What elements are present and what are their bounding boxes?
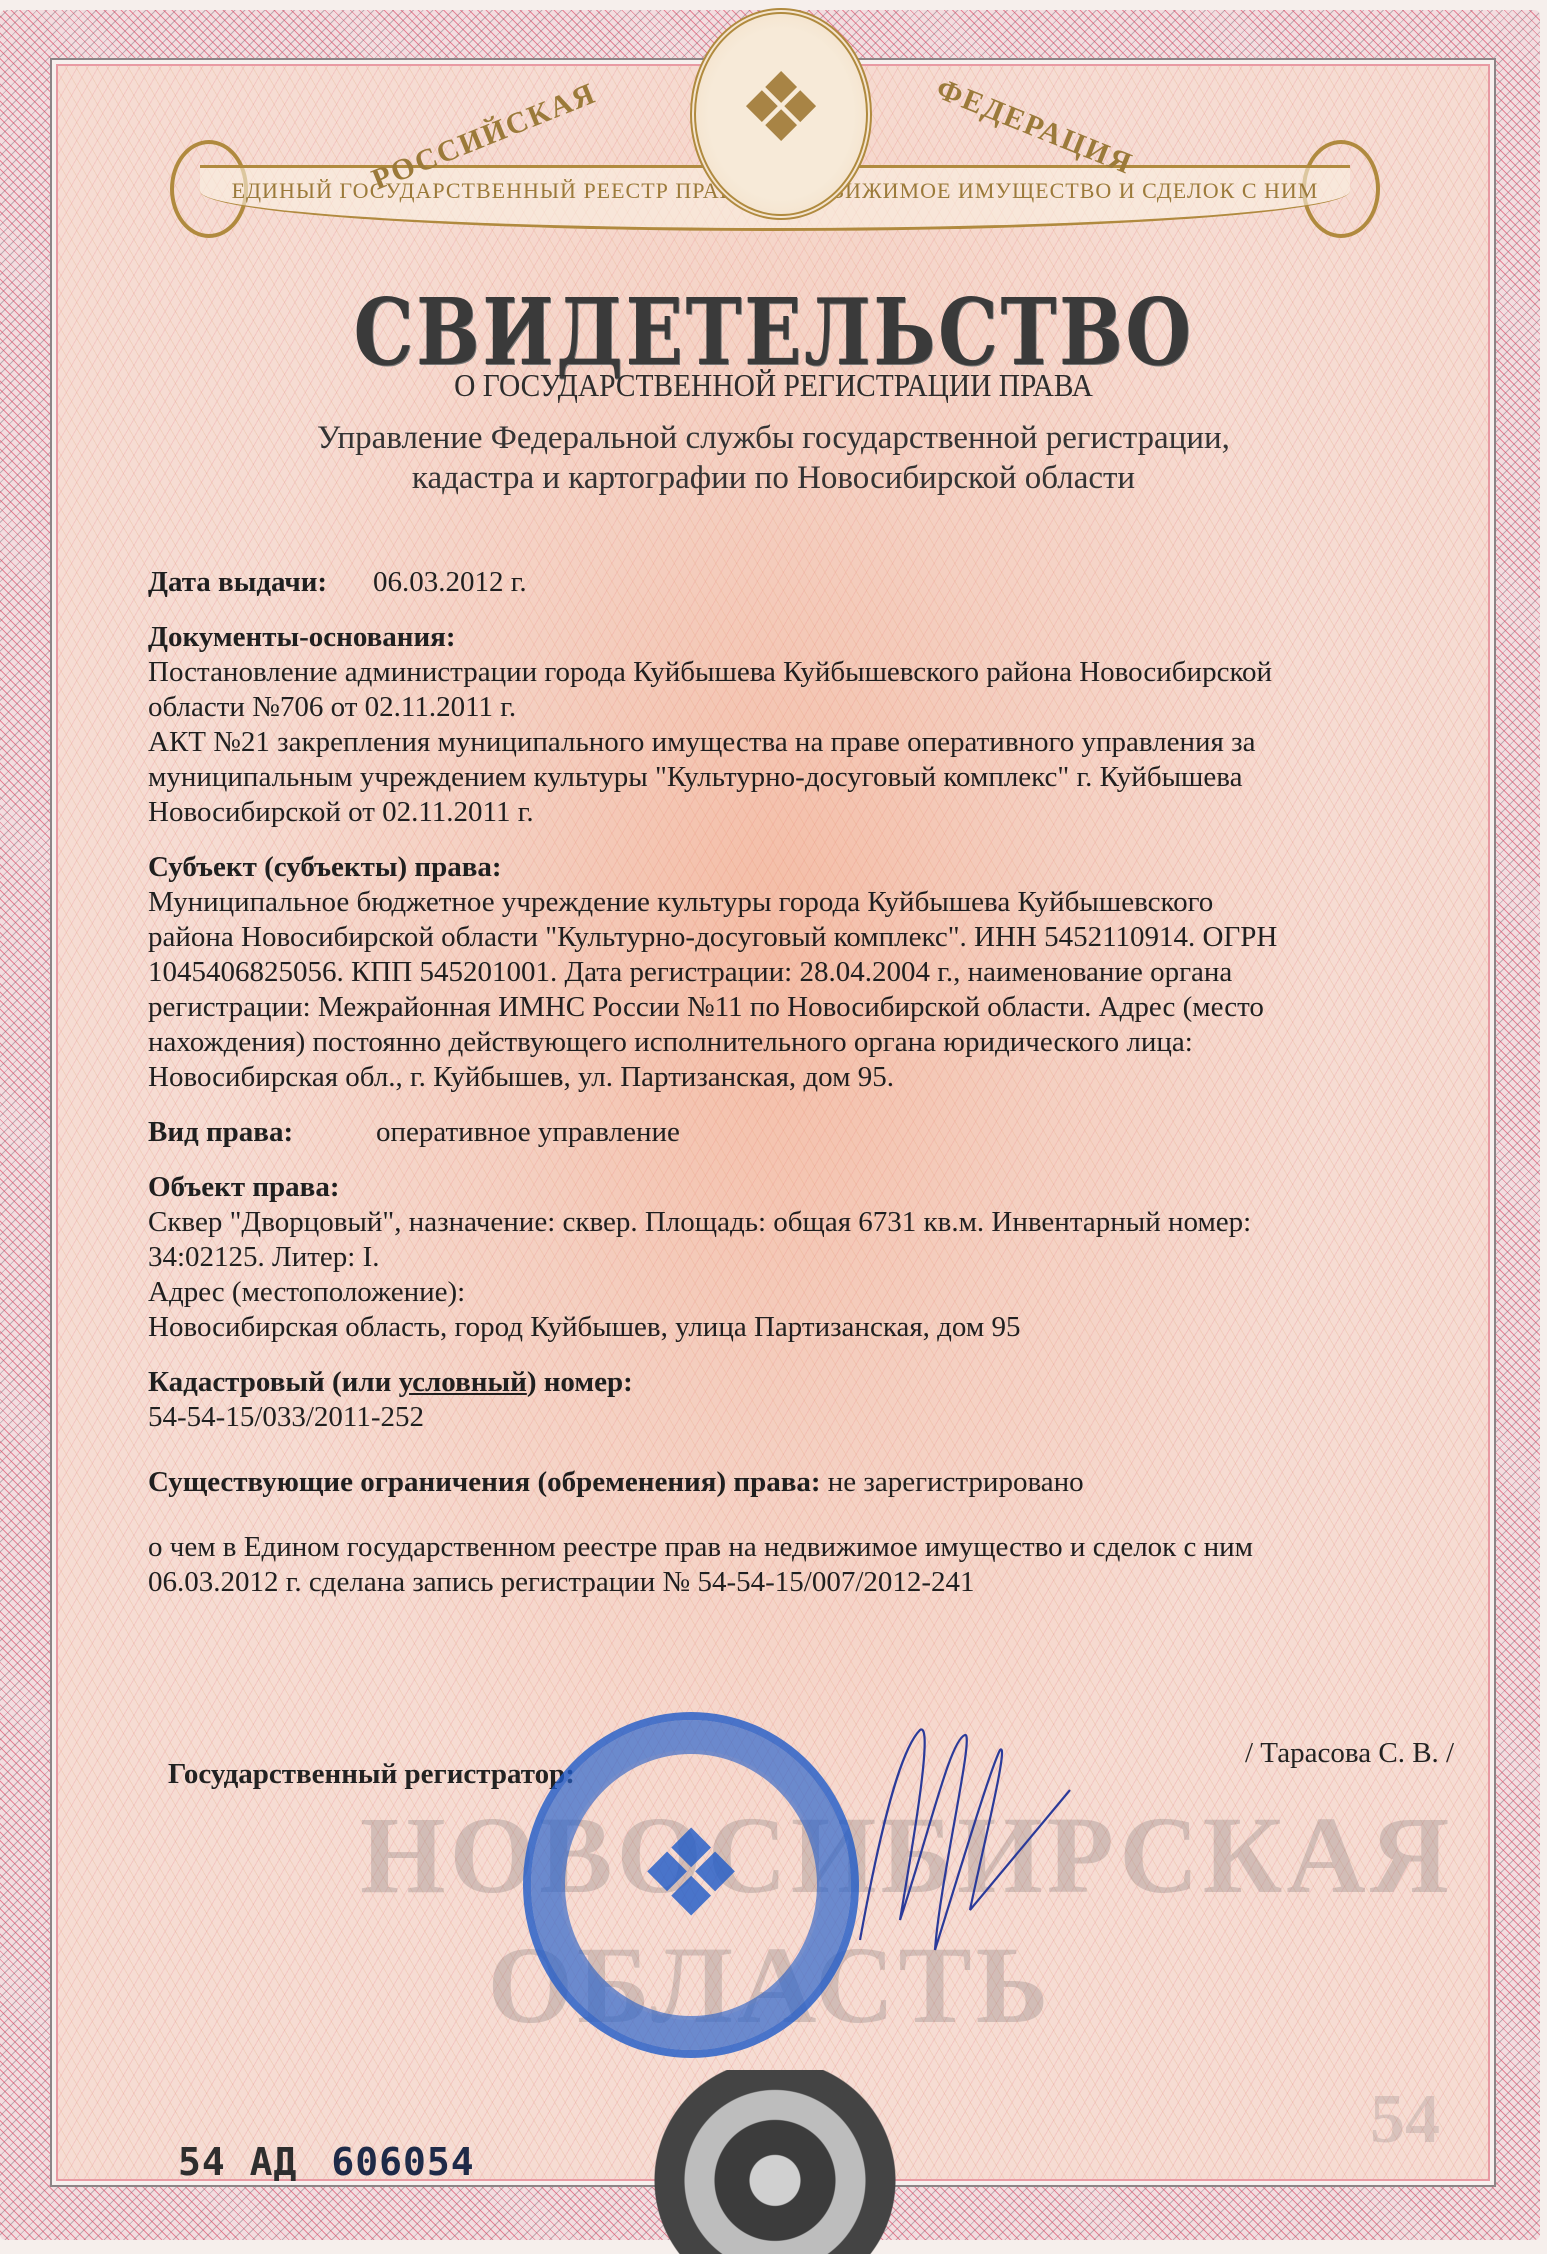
subject-line: Новосибирская обл., г. Куйбышев, ул. Пар…	[148, 1060, 1438, 1095]
subject-line: 1045406825056. КПП 545201001. Дата регис…	[148, 955, 1438, 990]
cadastral-label-part: ) номер:	[527, 1366, 633, 1398]
object-label: Объект права:	[148, 1170, 1438, 1205]
issuing-authority: Управление Федеральной службы государств…	[0, 418, 1547, 498]
right-type-value: оперативное управление	[376, 1116, 680, 1148]
basis-line: муниципальным учреждением культуры "Куль…	[148, 760, 1438, 795]
signature	[840, 1710, 1080, 1970]
cadastral-label-part: Кадастровый (или	[148, 1366, 399, 1398]
right-object: Объект права: Сквер "Дворцовый", назначе…	[148, 1170, 1438, 1345]
authority-line-1: Управление Федеральной службы государств…	[0, 418, 1547, 458]
certificate-body: Дата выдачи:06.03.2012 г. Документы-осно…	[148, 565, 1438, 1620]
subject-line: нахождения) постоянно действующего испол…	[148, 1025, 1438, 1060]
serial-series: 54 АД	[178, 2140, 297, 2184]
right-type-label: Вид права:	[148, 1115, 376, 1150]
issue-date: Дата выдачи:06.03.2012 г.	[148, 565, 1438, 600]
guilloche-rosette	[600, 2070, 950, 2254]
cadastral-value: 54-54-15/033/2011-252	[148, 1400, 1438, 1435]
registry-record-line: о чем в Едином государственном реестре п…	[148, 1530, 1438, 1565]
subject-label: Субъект (субъекты) права:	[148, 850, 1438, 885]
document-subtitle: О ГОСУДАРСТВЕННОЙ РЕГИСТРАЦИИ ПРАВА	[62, 367, 1485, 404]
blank-serial-number: 54 АД606054	[178, 2140, 475, 2184]
right-subject: Субъект (субъекты) права: Муниципальное …	[148, 850, 1438, 1095]
basis-documents: Документы-основания: Постановление админ…	[148, 620, 1438, 830]
issue-date-label: Дата выдачи:	[148, 565, 373, 600]
official-seal-stamp: ❖	[523, 1712, 859, 2058]
subject-line: регистрации: Межрайонная ИМНС России №11…	[148, 990, 1438, 1025]
cadastral-label: Кадастровый (или условный) номер:	[148, 1365, 1438, 1400]
subject-line: Муниципальное бюджетное учреждение культ…	[148, 885, 1438, 920]
subject-line: района Новосибирской области "Культурно-…	[148, 920, 1438, 955]
basis-line: АКТ №21 закрепления муниципального имуще…	[148, 725, 1438, 760]
object-line: Адрес (местоположение):	[148, 1275, 1438, 1310]
cadastral-number: Кадастровый (или условный) номер: 54-54-…	[148, 1365, 1438, 1435]
double-headed-eagle-icon: ❖	[696, 54, 866, 164]
seal-eagle-icon: ❖	[531, 1805, 851, 1944]
basis-line: Новосибирской от 02.11.2011 г.	[148, 795, 1438, 830]
encumbrances-value: не зарегистрировано	[828, 1466, 1084, 1498]
registrar-name: / Тарасова С. В. /	[1245, 1737, 1454, 1770]
issue-date-value: 06.03.2012 г.	[373, 566, 527, 598]
object-line: Сквер "Дворцовый", назначение: сквер. Пл…	[148, 1205, 1438, 1240]
object-line: Новосибирская область, город Куйбышев, у…	[148, 1310, 1438, 1345]
coat-of-arms-icon: ❖	[690, 8, 872, 220]
encumbrances: Существующие ограничения (обременения) п…	[148, 1465, 1438, 1500]
corner-watermark: 54	[1370, 2080, 1440, 2160]
basis-line: Постановление администрации города Куйбы…	[148, 655, 1438, 690]
right-type: Вид права:оперативное управление	[148, 1115, 1438, 1150]
cadastral-label-underlined: условный	[399, 1366, 527, 1398]
registry-record-line: 06.03.2012 г. сделана запись регистрации…	[148, 1565, 1438, 1600]
registry-record: о чем в Едином государственном реестре п…	[148, 1530, 1438, 1600]
serial-number: 606054	[331, 2140, 474, 2184]
encumbrances-label: Существующие ограничения (обременения) п…	[148, 1466, 821, 1498]
registrar-label: Государственный регистратор:	[168, 1758, 575, 1791]
basis-documents-label: Документы-основания:	[148, 620, 1438, 655]
header-emblem: ЕДИНЫЙ ГОСУДАРСТВЕННЫЙ РЕЕСТР ПРАВ НА НЕ…	[170, 0, 1380, 260]
basis-line: области №706 от 02.11.2011 г.	[148, 690, 1438, 725]
object-line: 34:02125. Литер: I.	[148, 1240, 1438, 1275]
authority-line-2: кадастра и картографии по Новосибирской …	[0, 458, 1547, 498]
